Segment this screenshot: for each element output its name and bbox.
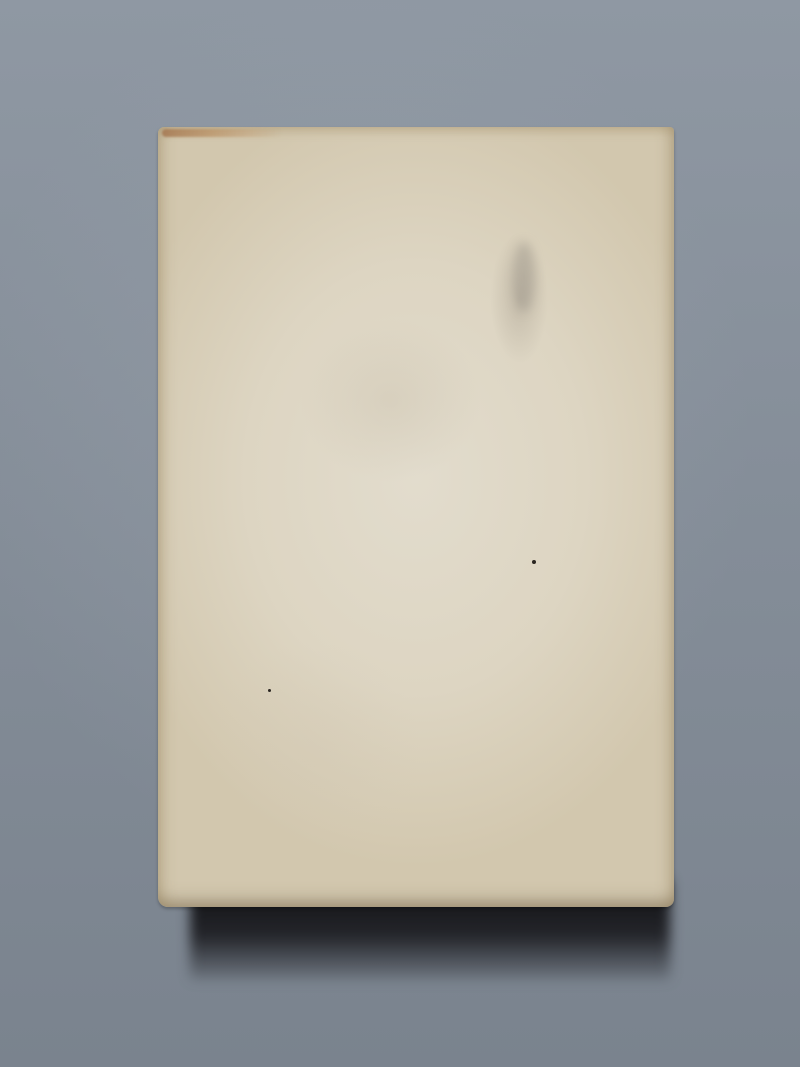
- edge-foxing-stain: [162, 129, 282, 137]
- cover-speck: [268, 689, 271, 692]
- cover-smudge: [513, 242, 535, 312]
- gray-surface-background: [0, 0, 800, 1067]
- book-back-cover: [158, 127, 674, 907]
- cover-speck: [532, 560, 536, 564]
